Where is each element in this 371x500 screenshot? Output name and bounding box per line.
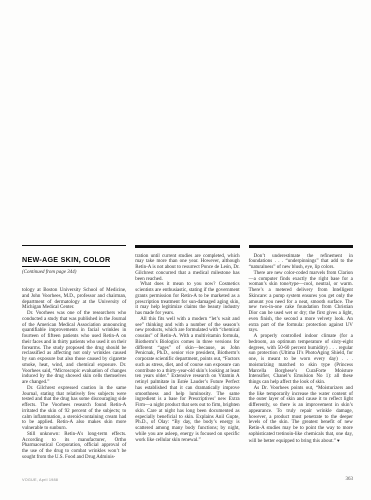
magazine-page: NEW-AGE SKIN, COLOR (Continued from page… (0, 0, 371, 500)
paragraph: What does it mean to you now? Cosmetics … (135, 282, 239, 317)
column-3: Don’t underestimate the refinement in fo… (249, 245, 353, 461)
column-2: tration until current studies are comple… (135, 245, 239, 461)
paragraph: Dr. Voorhees was one of the researchers … (22, 311, 126, 386)
paragraph: There are new color-coded marvels from C… (249, 271, 353, 334)
article-title: NEW-AGE SKIN, COLOR (22, 256, 110, 267)
paragraph: As Dr. Voorhees points out, “Moisturizer… (249, 386, 353, 445)
paragraph: A properly controlled indoor climate (fo… (249, 334, 353, 386)
paragraph: Dr. Gilchrest expressed caution in the s… (22, 386, 126, 432)
footer-magazine-date: VOGUE, April 1988 (22, 478, 58, 482)
column-1: NEW-AGE SKIN, COLOR (Continued from page… (22, 245, 126, 461)
article-end-mark-icon: ♥ (337, 438, 340, 443)
paragraph: tration until current studies are comple… (135, 254, 239, 283)
paragraph-text: As Dr. Voorhees points out, “Moisturizer… (249, 386, 353, 444)
paragraph: tology at Boston University School of Me… (22, 288, 126, 311)
article-header: NEW-AGE SKIN, COLOR (Continued from page… (22, 245, 126, 276)
column-top-rule (249, 245, 353, 248)
footer-page-number: 363 (346, 477, 354, 482)
paragraph: Don’t underestimate the refinement in fo… (249, 254, 353, 271)
paragraph: All this fits well with a modern “let’s … (135, 317, 239, 444)
paragraph: Still unknown: Retin-A’s long-term effec… (22, 432, 126, 461)
article-body: NEW-AGE SKIN, COLOR (Continued from page… (22, 245, 353, 461)
column-top-rule (135, 245, 239, 248)
continued-note: (Continued from page 344) (22, 269, 126, 276)
